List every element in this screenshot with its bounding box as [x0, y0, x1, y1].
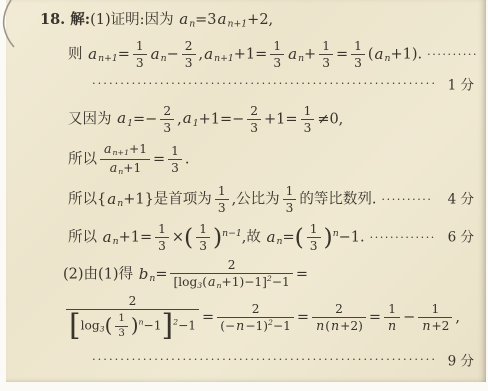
text-run: −1. — [339, 230, 365, 246]
text-run: − — [167, 47, 179, 63]
page-curl-icon — [0, 0, 18, 48]
solution-line-4: 又因为 a1=−23,a1+1=−23+1=13≠0, — [6, 104, 486, 135]
text-run: 1 — [286, 184, 294, 198]
text-run: (2)由(1)得 — [63, 267, 138, 283]
denominator: 3 — [215, 200, 229, 215]
text-run: 3 — [322, 56, 330, 70]
text-run: +1= — [264, 111, 298, 127]
solution-line-6: 所以{an+1}是首项为13,公比为13的等比数列.··········4 分 — [6, 184, 486, 215]
denominator: 3 — [319, 55, 333, 70]
solution-body: 18. 解:(1)证明:因为 an=3an+1+2,则 an+1=13an−23… — [6, 10, 486, 373]
fraction: 2[log3(an+1)−1]2−1 — [170, 258, 292, 291]
fraction: 13 — [155, 222, 169, 253]
superscript: n−1 — [222, 228, 242, 239]
math-variable: a — [179, 10, 188, 28]
dot-leader: ········································… — [92, 76, 434, 90]
denominator: [log3(an+1)−1]2−1 — [170, 274, 292, 291]
math-variable: n — [422, 318, 430, 333]
big-paren: ( — [105, 314, 113, 337]
text-run: = — [282, 230, 294, 246]
text-run: 3 — [163, 121, 171, 135]
text-run: 3 — [118, 328, 125, 339]
numerator: 2 — [312, 302, 366, 318]
fraction: 13 — [215, 184, 229, 215]
text-run: +2) — [340, 319, 363, 333]
subscript: n+1 — [214, 53, 234, 64]
text-run: 又因为 — [68, 111, 116, 127]
numerator: 1 — [270, 39, 284, 55]
fraction: 2n(n+2) — [312, 302, 366, 334]
denominator: 3 — [160, 120, 174, 135]
solution-line-8: (2)由(1)得 bn=2[log3(an+1)−1]2−1= — [6, 258, 486, 291]
score-label: 6 分 — [448, 229, 474, 246]
denominator: 3 — [307, 238, 321, 253]
text-run: −1 — [144, 319, 162, 333]
numerator: 2 — [247, 104, 261, 120]
text-run: 2 — [252, 302, 260, 316]
text-run: 2 — [163, 104, 171, 118]
score-label: 4 分 — [448, 191, 474, 208]
text-run: 3 — [171, 161, 179, 175]
text-run: (1)证明:因为 — [90, 12, 178, 28]
text-run: 所以{ — [68, 192, 106, 208]
text-run: 3 — [136, 56, 144, 70]
denominator: 3 — [196, 238, 210, 253]
text-run: , — [177, 111, 182, 127]
fraction: 13 — [307, 222, 321, 253]
subscript: n+1 — [228, 19, 248, 30]
denominator: 3 — [301, 120, 315, 135]
denominator: 3 — [168, 160, 182, 175]
denominator: 3 — [133, 55, 147, 70]
text-run: +1 — [129, 142, 147, 156]
dot-leader: ·········· — [382, 193, 433, 206]
text-run: log — [81, 319, 100, 333]
text-run: 3 — [185, 56, 193, 70]
text-run: +1=− — [199, 111, 245, 127]
numerator: 1 — [196, 222, 210, 238]
dot-leader: ·········· — [427, 48, 478, 61]
big-paren: ( — [295, 223, 304, 251]
text-run: 1 — [158, 222, 166, 236]
numerator: 1 — [301, 104, 315, 120]
text-run: = — [153, 151, 165, 167]
text-run: , — [455, 310, 460, 326]
text-run: −1 — [272, 275, 290, 289]
math-variable: b — [139, 265, 149, 283]
text-run: 2 — [228, 258, 236, 272]
solution-line-10: ········································… — [6, 352, 486, 373]
fraction: 23 — [160, 104, 174, 135]
text-run: = — [369, 310, 381, 326]
fraction: 13 — [283, 184, 297, 215]
math-variable: a — [266, 228, 275, 246]
text-run: 1 — [199, 222, 207, 236]
denominator: 3 — [270, 55, 284, 70]
fraction: 13 — [115, 313, 128, 340]
fraction: 13 — [196, 222, 210, 253]
fraction: 2(−n−1)2−1 — [217, 302, 294, 334]
numerator: 1 — [115, 313, 128, 327]
fraction: 23 — [247, 104, 261, 135]
text-run: 3 — [273, 56, 281, 70]
score-label: 9 分 — [448, 354, 474, 371]
text-run: +1= — [234, 47, 268, 63]
big-paren: ( — [184, 223, 193, 251]
subscript: n+1 — [113, 148, 129, 157]
score-label: 1 分 — [448, 78, 474, 95]
big-bracket: ] — [162, 308, 174, 343]
text-run: , — [199, 47, 204, 63]
scanned-solution-page: { "colors": { "paper": "#f0e9d2", "ink":… — [0, 0, 488, 391]
math-variable: a — [208, 274, 216, 289]
text-run: 解: — [65, 11, 90, 28]
text-run: 3 — [310, 239, 318, 253]
denominator: (−n−1)2−1 — [217, 318, 294, 334]
numerator: 1 — [283, 184, 297, 200]
text-run: +2 — [431, 319, 449, 333]
fraction: 23 — [182, 39, 196, 70]
text-run: 1 — [136, 39, 144, 53]
text-run: 3 — [218, 201, 226, 215]
text-run: = — [297, 310, 309, 326]
text-run: 3 — [304, 121, 312, 135]
text-run: 2 — [250, 104, 258, 118]
denominator: 3 — [283, 200, 297, 215]
text-run: ,故 — [242, 230, 266, 246]
numerator: an+1+1 — [100, 142, 150, 160]
text-run: 1 — [431, 302, 439, 316]
text-run: . — [185, 151, 190, 167]
text-run: 3 — [250, 121, 258, 135]
text-run: 1 — [388, 302, 396, 316]
numerator: 1 — [418, 302, 452, 318]
numerator: 2 — [66, 294, 199, 310]
text-run: 3 — [199, 239, 207, 253]
text-run: = — [336, 47, 348, 63]
fraction: 13 — [270, 39, 284, 70]
fraction: 13 — [319, 39, 333, 70]
text-run: 2 — [129, 294, 137, 308]
solution-line-1: 18. 解:(1)证明:因为 an=3an+1+2, — [6, 10, 486, 30]
big-bracket: [ — [69, 308, 81, 343]
text-run: 1 — [273, 39, 281, 53]
text-run: [log — [173, 275, 197, 289]
numerator: 1 — [319, 39, 333, 55]
text-run: 1 — [218, 184, 226, 198]
text-run: 1 — [310, 222, 318, 236]
text-run: =3 — [195, 12, 216, 28]
math-variable: a — [117, 109, 126, 127]
text-run: 2 — [335, 302, 343, 316]
denominator: 3 — [247, 120, 261, 135]
text-run: − — [403, 310, 415, 326]
big-paren: ) — [131, 314, 139, 337]
text-run: +1). — [390, 47, 422, 63]
text-run: = — [155, 267, 167, 283]
math-variable: a — [107, 190, 116, 208]
text-run: ( — [325, 319, 330, 333]
text-run: + — [304, 47, 316, 63]
math-variable: a — [218, 10, 227, 28]
text-run: 1 — [354, 39, 362, 53]
text-run: 1 — [171, 144, 179, 158]
denominator: [log3(13)n−1]2−1 — [66, 310, 199, 341]
math-variable: a — [104, 141, 112, 156]
fraction: 13 — [351, 39, 365, 70]
numerator: 1 — [215, 184, 229, 200]
solution-line-5: 所以an+1+1an+1=13. — [6, 142, 486, 177]
denominator: n+2 — [418, 318, 452, 334]
solution-line-2: 则 an+1=13an−23,an+1+1=13an+13=13(an+1).·… — [6, 39, 486, 70]
denominator: 3 — [115, 327, 128, 340]
text-run: = — [118, 47, 130, 63]
numerator: 1 — [307, 222, 321, 238]
big-paren: ) — [324, 223, 333, 251]
text-run: = — [296, 267, 308, 283]
denominator: 3 — [182, 55, 196, 70]
fraction: 2[log3(13)n−1]2−1 — [66, 294, 199, 341]
numerator: 1 — [155, 222, 169, 238]
math-variable: n — [316, 318, 324, 333]
denominator: an+1 — [100, 160, 150, 177]
text-run: 1 — [322, 39, 330, 53]
text-run: 则 — [68, 47, 87, 63]
denominator: 3 — [351, 55, 365, 70]
text-run: 1 — [118, 313, 125, 324]
math-variable: a — [110, 160, 118, 175]
text-run: 的等比数列. — [299, 192, 376, 208]
solution-line-7: 所以 an+1=13×(13)n−1,故 an=(13)n−1.········… — [6, 222, 486, 253]
text-run: ≠0, — [317, 111, 343, 127]
math-variable: a — [103, 228, 112, 246]
text-run: −1 — [273, 319, 291, 333]
solution-line-3: ········································… — [6, 76, 486, 97]
big-paren: ) — [213, 223, 222, 251]
text-run: −1 — [178, 319, 196, 333]
text-run: =− — [133, 111, 157, 127]
text-run: 3 — [354, 56, 362, 70]
text-run: +1= — [119, 230, 153, 246]
fraction: an+1+1an+1 — [100, 142, 150, 177]
math-variable: n — [331, 318, 339, 333]
numerator: 2 — [160, 104, 174, 120]
fraction: 13 — [133, 39, 147, 70]
fraction: 1n+2 — [418, 302, 452, 334]
numerator: 2 — [217, 302, 294, 318]
text-run: 3 — [158, 239, 166, 253]
answer-sheet-page: 18. 解:(1)证明:因为 an=3an+1+2,则 an+1=13an−23… — [6, 0, 486, 382]
text-run: ( — [368, 47, 374, 63]
denominator: n(n+2) — [312, 318, 366, 334]
fraction: 13 — [168, 144, 182, 175]
denominator: 3 — [155, 238, 169, 253]
math-variable: n — [388, 318, 396, 333]
text-run: 2 — [185, 39, 193, 53]
numerator: 1 — [168, 144, 182, 160]
text-run: −1) — [245, 319, 268, 333]
solution-line-9: 2[log3(13)n−1]2−1=2(−n−1)2−1=2n(n+2)=1n−… — [6, 294, 486, 341]
text-run: 18. — [40, 11, 65, 28]
fraction: 13 — [301, 104, 315, 135]
text-run: +2, — [247, 12, 273, 28]
text-run: 1 — [304, 104, 312, 118]
dot-leader: ············· — [370, 231, 436, 244]
math-variable: a — [151, 45, 160, 63]
math-variable: a — [375, 45, 384, 63]
text-run: = — [202, 310, 214, 326]
numerator: 2 — [170, 258, 292, 274]
numerator: 2 — [182, 39, 196, 55]
math-variable: n — [236, 318, 244, 333]
text-run: +1 — [123, 161, 141, 175]
numerator: 1 — [351, 39, 365, 55]
math-variable: a — [204, 45, 213, 63]
text-run: 3 — [286, 201, 294, 215]
text-run: +1)−1] — [222, 275, 267, 289]
numerator: 1 — [133, 39, 147, 55]
subscript: n+1 — [98, 53, 118, 64]
math-variable: a — [88, 45, 97, 63]
text-run: (− — [220, 319, 235, 333]
denominator: n — [384, 318, 400, 334]
text-run: 所以 — [68, 230, 102, 246]
dot-leader: ········································… — [92, 352, 434, 366]
numerator: 1 — [384, 302, 400, 318]
text-run: +1}是首项为 — [123, 192, 212, 208]
text-run: ( — [202, 275, 207, 289]
text-run: ,公比为 — [232, 192, 280, 208]
text-run: 所以 — [68, 151, 97, 167]
math-variable: a — [288, 45, 297, 63]
fraction: 1n — [384, 302, 400, 334]
text-run: × — [172, 230, 184, 246]
math-variable: a — [183, 109, 192, 127]
